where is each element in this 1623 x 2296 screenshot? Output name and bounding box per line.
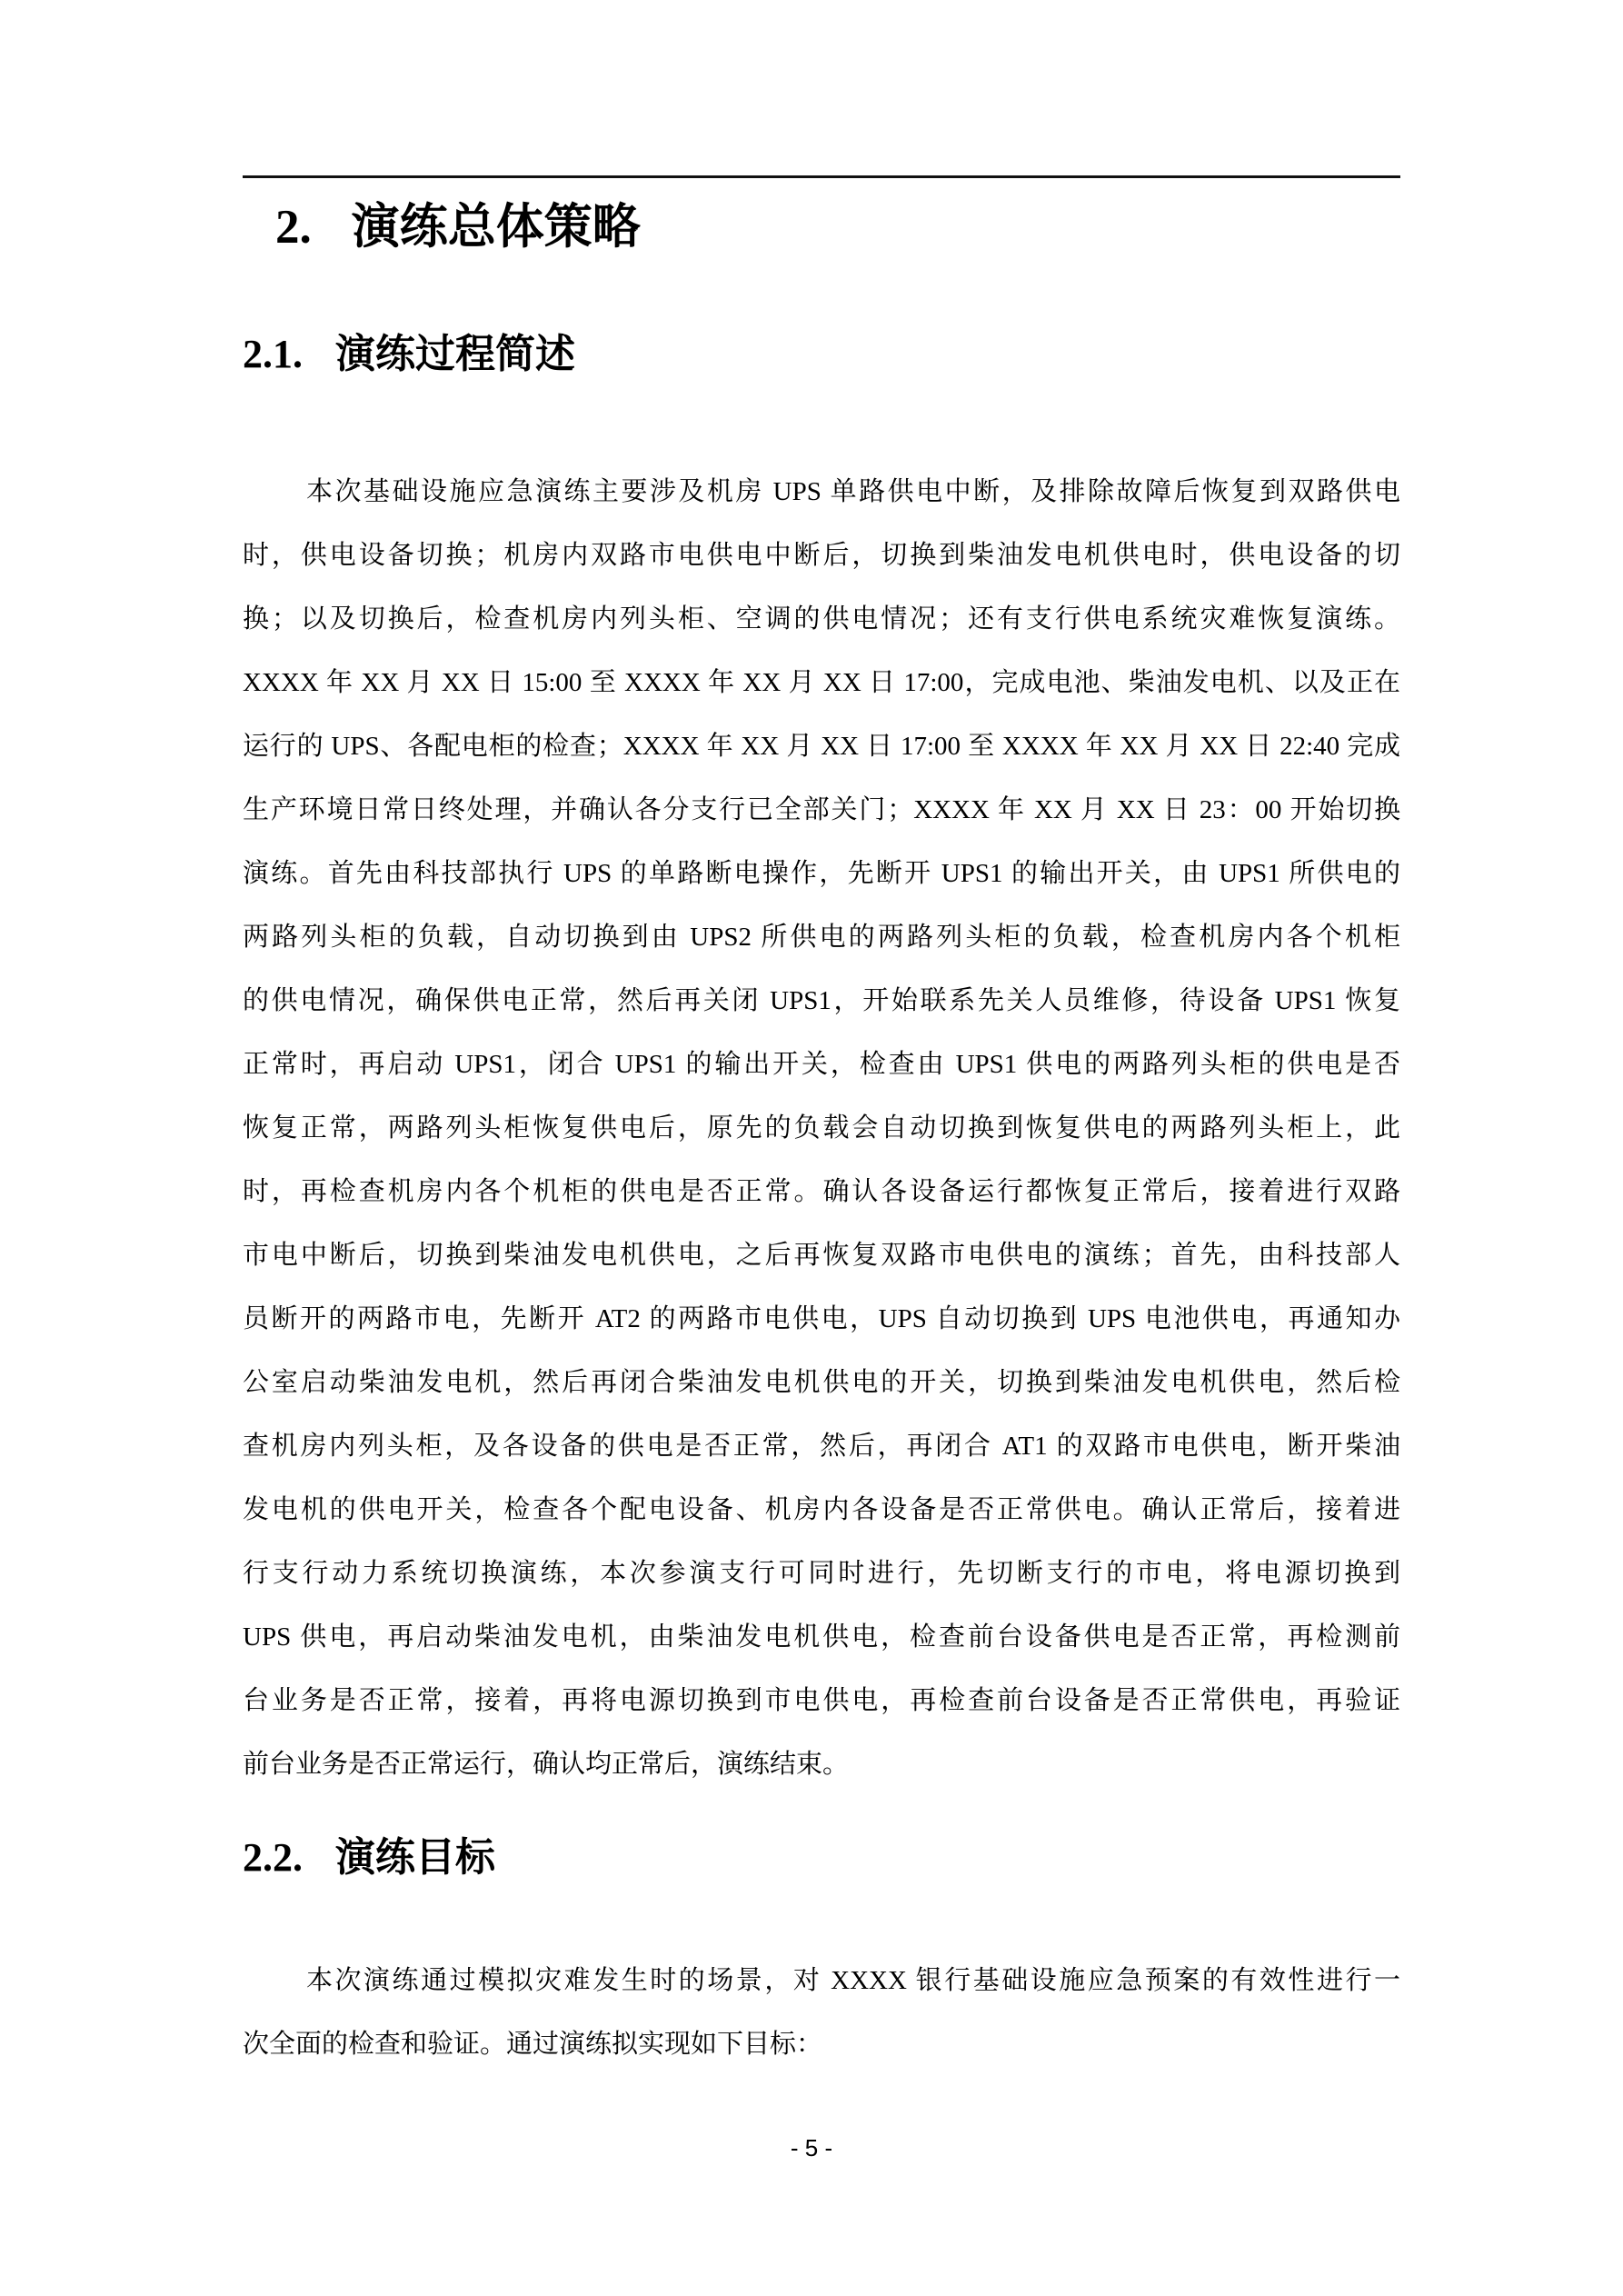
page-content: 2. 演练总体策略 2.1. 演练过程简述 本次基础设施应急演练主要涉及机房 U… — [0, 0, 1623, 2296]
section-number: 2.2. — [243, 1832, 303, 1883]
paragraph-line: 发电机的供电开关，检查各个配电设备、机房内各设备是否正常供电。确认正常后，接着进 — [243, 1478, 1400, 1542]
chapter-title: 演练总体策略 — [352, 200, 641, 255]
paragraph-line: 正常时，再启动 UPS1，闭合 UPS1 的输出开关，检查由 UPS1 供电的两… — [243, 1033, 1400, 1096]
paragraph-line: 行支行动力系统切换演练，本次参演支行可同时进行，先切断支行的市电，将电源切换到 — [243, 1542, 1400, 1605]
paragraph-line: 时，供电设备切换；机房内双路市电供电中断后，切换到柴油发电机供电时，供电设备的切 — [243, 524, 1400, 587]
paragraph-line: 前台业务是否正常运行，确认均正常后，演练结束。 — [243, 1732, 1400, 1796]
section-heading-2-2: 2.2. 演练目标 — [243, 1832, 1400, 1883]
paragraph-line: 查机房内列头柜，及各设备的供电是否正常，然后，再闭合 AT1 的双路市电供电，断… — [243, 1414, 1400, 1478]
section-number: 2.1. — [243, 329, 303, 380]
paragraph-line: 生产环境日常日终处理，并确认各分支行已全部关门；XXXX 年 XX 月 XX 日… — [243, 778, 1400, 842]
page-number: - 5 - — [791, 2134, 832, 2161]
paragraph-line: 本次演练通过模拟灾难发生时的场景，对 XXXX 银行基础设施应急预案的有效性进行… — [243, 1949, 1400, 2012]
paragraph-line: 演练。首先由科技部执行 UPS 的单路断电操作，先断开 UPS1 的输出开关，由… — [243, 842, 1400, 905]
paragraph-line: 的供电情况，确保供电正常，然后再关闭 UPS1，开始联系先关人员维修，待设备 U… — [243, 969, 1400, 1033]
paragraph-line: 两路列头柜的负载，自动切换到由 UPS2 所供电的两路列头柜的负载，检查机房内各… — [243, 905, 1400, 969]
section-heading-2-1: 2.1. 演练过程简述 — [243, 329, 1400, 380]
paragraph-line: 时，再检查机房内各个机柜的供电是否正常。确认各设备运行都恢复正常后，接着进行双路 — [243, 1160, 1400, 1223]
document-page: 2. 演练总体策略 2.1. 演练过程简述 本次基础设施应急演练主要涉及机房 U… — [0, 0, 1623, 2296]
chapter-heading: 2. 演练总体策略 — [275, 200, 1400, 255]
paragraph-line: 市电中断后，切换到柴油发电机供电，之后再恢复双路市电供电的演练；首先，由科技部人 — [243, 1223, 1400, 1287]
paragraph-line: 本次基础设施应急演练主要涉及机房 UPS 单路供电中断，及排除故障后恢复到双路供… — [243, 460, 1400, 524]
section-title: 演练过程简述 — [335, 329, 575, 380]
section-2-1-paragraph: 本次基础设施应急演练主要涉及机房 UPS 单路供电中断，及排除故障后恢复到双路供… — [243, 460, 1400, 1796]
paragraph-line: 次全面的检查和验证。通过演练拟实现如下目标： — [243, 2012, 1400, 2076]
paragraph-line: 公室启动柴油发电机，然后再闭合柴油发电机供电的开关，切换到柴油发电机供电，然后检 — [243, 1351, 1400, 1414]
paragraph-line: 换；以及切换后，检查机房内列头柜、空调的供电情况；还有支行供电系统灾难恢复演练。 — [243, 587, 1400, 651]
paragraph-line: 恢复正常，两路列头柜恢复供电后，原先的负载会自动切换到恢复供电的两路列头柜上，此 — [243, 1096, 1400, 1160]
paragraph-line: 员断开的两路市电，先断开 AT2 的两路市电供电，UPS 自动切换到 UPS 电… — [243, 1287, 1400, 1351]
section-title: 演练目标 — [335, 1832, 495, 1883]
paragraph-line: 台业务是否正常，接着，再将电源切换到市电供电，再检查前台设备是否正常供电，再验证 — [243, 1669, 1400, 1732]
paragraph-line: 运行的 UPS、各配电柜的检查；XXXX 年 XX 月 XX 日 17:00 至… — [243, 714, 1400, 778]
section-2-2-paragraph: 本次演练通过模拟灾难发生时的场景，对 XXXX 银行基础设施应急预案的有效性进行… — [243, 1949, 1400, 2076]
chapter-number: 2. — [275, 200, 312, 255]
paragraph-line: UPS 供电，再启动柴油发电机，由柴油发电机供电，检查前台设备供电是否正常，再检… — [243, 1605, 1400, 1669]
page-footer: - 5 - — [0, 2134, 1623, 2161]
paragraph-line: XXXX 年 XX 月 XX 日 15:00 至 XXXX 年 XX 月 XX … — [243, 651, 1400, 714]
